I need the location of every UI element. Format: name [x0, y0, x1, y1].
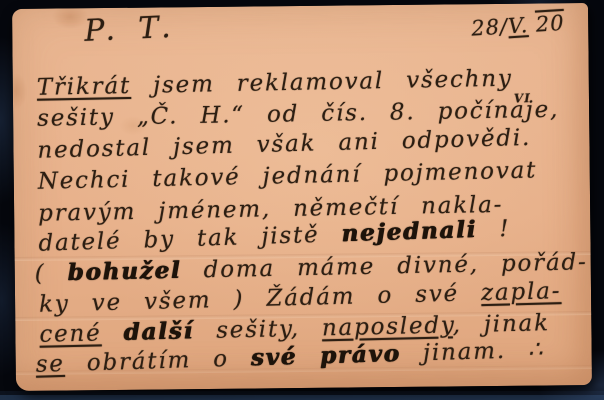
- manuscript-text: jinam. ∴: [400, 337, 544, 367]
- manuscript-text: obrátím o: [64, 345, 251, 377]
- manuscript-text: (: [35, 260, 68, 287]
- manuscript-text: nejednali: [341, 216, 477, 247]
- manuscript-text: bohužel: [67, 257, 181, 286]
- manuscript-text: datelé by tak jistě: [38, 221, 342, 257]
- date: 28/V. 20: [470, 11, 565, 41]
- superscript-correction: VI: [514, 83, 515, 113]
- date-day: 28/: [470, 14, 508, 40]
- manuscript-text: ,: [550, 97, 560, 123]
- manuscript-text: [101, 320, 124, 346]
- manuscript-text: zapla-: [481, 278, 562, 306]
- manuscript-text: jsem reklamoval všechny: [131, 66, 513, 99]
- manuscript-text: cené: [39, 320, 102, 347]
- manuscript-text: se: [35, 351, 65, 378]
- manuscript-text: další: [123, 317, 194, 346]
- date-year: 20: [535, 11, 565, 37]
- postcard: P. T. 28/V. 20 Třikrát jsem reklamoval v…: [12, 3, 592, 391]
- manuscript-text: sešity,: [194, 315, 322, 344]
- date-month: V.: [507, 13, 529, 38]
- manuscript-text: své právo: [251, 340, 402, 371]
- salutation: P. T.: [83, 10, 178, 49]
- manuscript-text: Třikrát: [37, 73, 132, 101]
- manuscript-text: !: [477, 216, 511, 243]
